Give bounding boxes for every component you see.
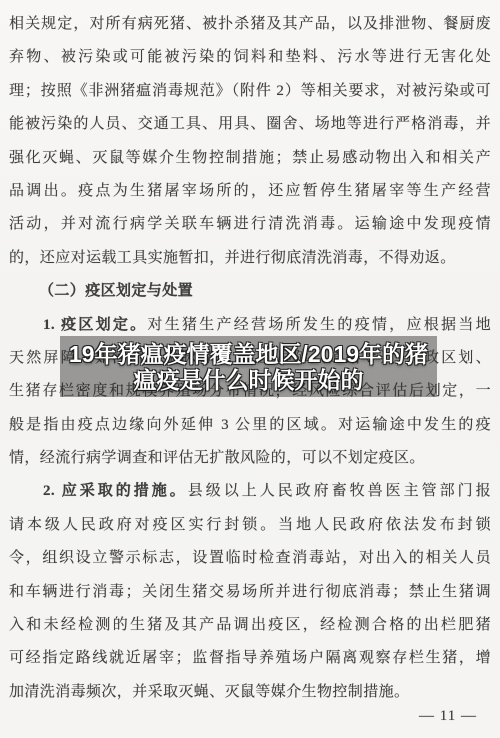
text-line: 1. 疫区划定。对生猪生产经营场所发生的疫情，应根据当地 — [9, 309, 491, 342]
text-line: 入和未经检测的生猪及其产品调出疫区，经检测合格的出栏肥猪 — [9, 609, 491, 642]
text-line: 能被污染的人员、交通工具、用具、圈舍、场地等进行严格消毒，并 — [9, 108, 491, 141]
text-line: 2. 应采取的措施。县级以上人民政府畜牧兽医主管部门报 — [9, 475, 491, 508]
text-line: 令，组织设立警示标志，设置临时检查消毒站，对出入的相关人员 — [9, 542, 491, 575]
text-line: 加清洗消毒频次，并采取灭蝇、灭鼠等媒介生物控制措施。 — [9, 676, 491, 709]
text-line: 理；按照《非洲猪瘟消毒规范》（附件 2）等相关要求，对被污染或可 — [9, 75, 491, 108]
text-line: 般是指由疫点边缘向外延伸 3 公里的区域。对运输途中发生的疫 — [9, 409, 491, 442]
text-line: 活动，并对流行病学关联车辆进行清洗消毒。运输途中发现疫情 — [9, 208, 491, 241]
page-number: — 11 — — [419, 708, 477, 725]
text-line: 和车辆进行消毒；关闭生猪交易场所并进行彻底消毒；禁止生猪调 — [9, 576, 491, 609]
text-line: 的，还应对运载工具实施暂扣，并进行彻底清洗消毒，不得劝返。 — [9, 242, 491, 275]
text-line: 请本级人民政府对疫区实行封锁。当地人民政府依法发布封锁 — [9, 509, 491, 542]
text-line: 强化灭蝇、灭鼠等媒介生物控制措施；禁止易感动物出入和相关产 — [9, 142, 491, 175]
text-line: 可经指定路线就近屠宰；监督指导养殖场户隔离观察存栏生猪，增 — [9, 642, 491, 675]
scanned-document-page: 相关规定，对所有病死猪、被扑杀猪及其产品，以及排泄物、餐厨废弃物、被污染或可能被… — [0, 0, 500, 738]
text-line: 弃物、被污染或可能被污染的饲料和垫料、污水等进行无害化处 — [9, 41, 491, 74]
text-line: 情，经流行病学调查和评估无扩散风险的，可以不划定疫区。 — [9, 442, 491, 475]
text-line: 生猪存栏密度和规模养殖场分布情况，经风险综合评估后划定，一 — [9, 375, 491, 408]
body-text: 相关规定，对所有病死猪、被扑杀猪及其产品，以及排泄物、餐厨废弃物、被污染或可能被… — [9, 8, 491, 709]
text-line: 天然屏障（如河流、山脉等）、人工屏障（道路等）、行政区划、 — [9, 342, 491, 375]
text-line: 相关规定，对所有病死猪、被扑杀猪及其产品，以及排泄物、餐厨废 — [9, 8, 491, 41]
text-line: （二）疫区划定与处置 — [9, 275, 491, 308]
text-line: 品调出。疫点为生猪屠宰场所的，还应暂停生猪屠宰等生产经营 — [9, 175, 491, 208]
